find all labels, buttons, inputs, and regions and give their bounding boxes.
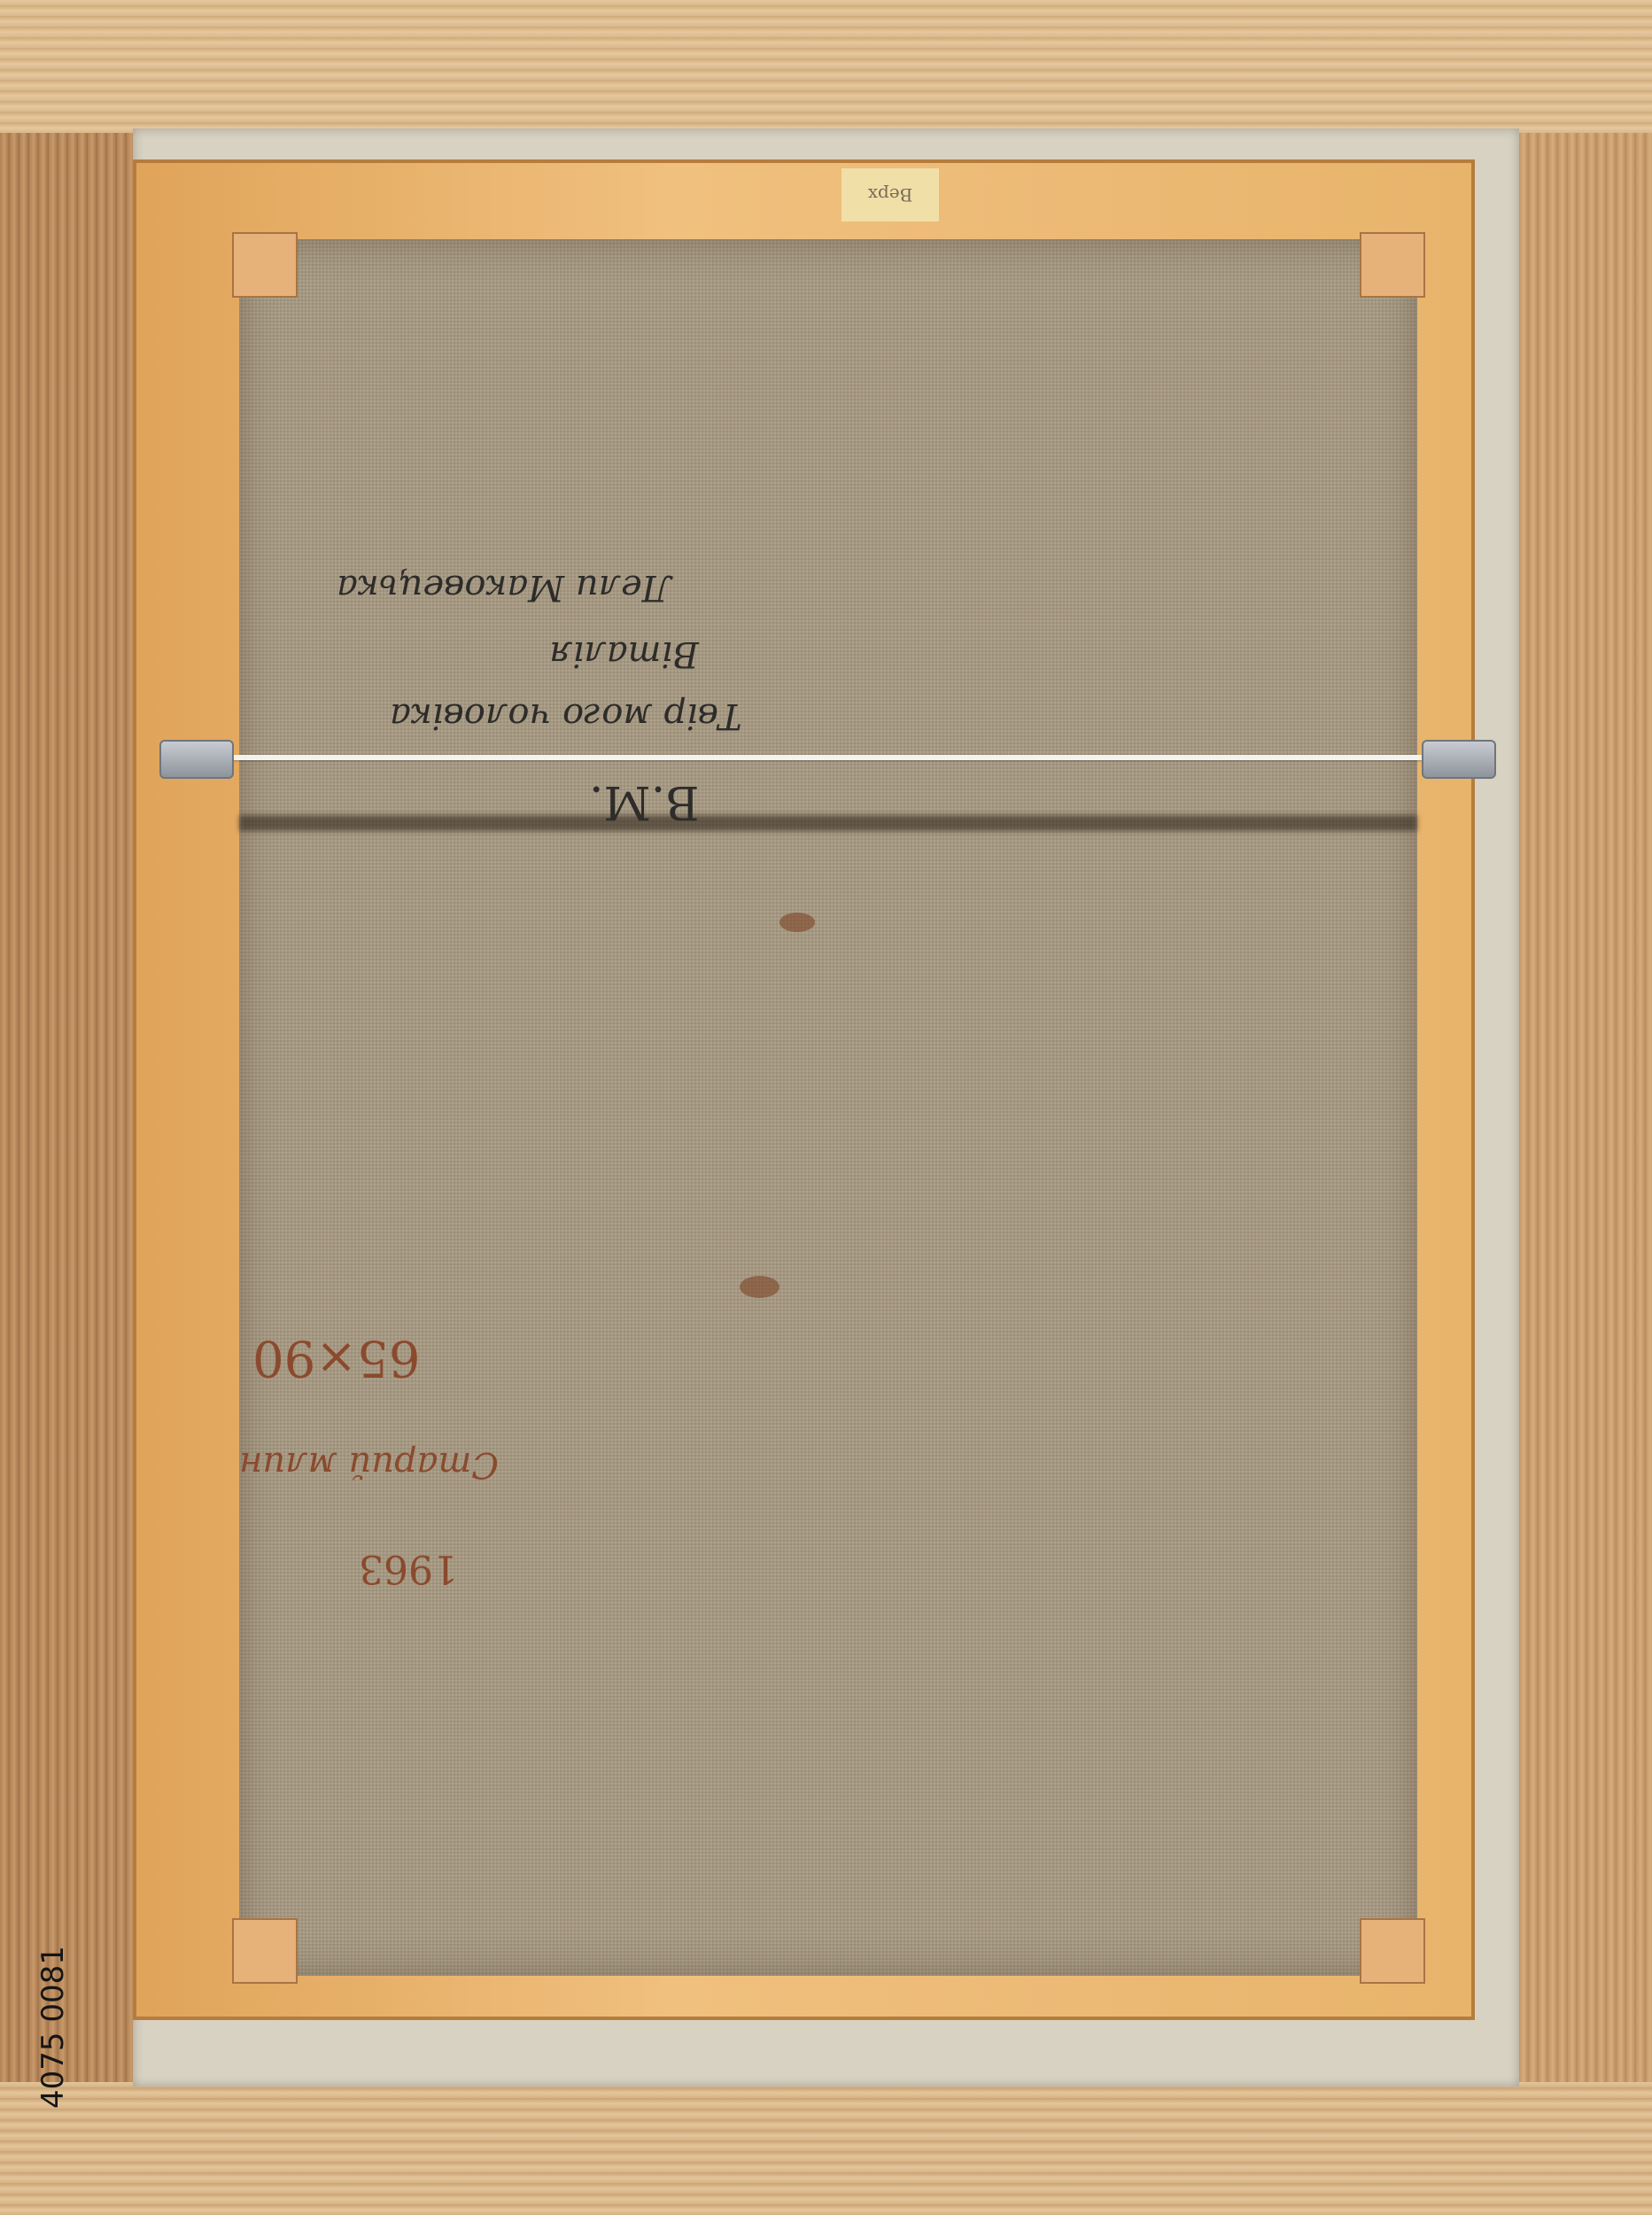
hanging-wire	[204, 755, 1462, 760]
inscription-initials: В.М.	[589, 775, 700, 828]
corner-key-bottom-right	[1360, 1918, 1425, 1984]
frame-inventory-number: 4075 0081	[35, 1946, 71, 2109]
corner-key-top-right	[1360, 232, 1425, 298]
stain	[779, 913, 815, 932]
inscription-line1: Твір мого чоловіка	[390, 696, 742, 736]
frame-right-rail	[1519, 0, 1652, 2215]
crossbar-shadow	[239, 815, 1417, 831]
inscription-size: 65×90	[252, 1329, 420, 1387]
stain	[740, 1276, 779, 1298]
corner-key-top-left	[232, 232, 298, 298]
canvas-back	[239, 239, 1417, 1976]
paper-label: Верх	[842, 168, 939, 221]
inscription-year: 1963	[359, 1546, 458, 1591]
frame-top-rail	[0, 0, 1652, 133]
frame-bottom-rail	[0, 2082, 1652, 2215]
corner-key-bottom-left	[232, 1918, 298, 1984]
inscription-title: Старий млин	[239, 1444, 499, 1485]
d-ring-hanger-left	[159, 740, 234, 779]
d-ring-hanger-right	[1422, 740, 1496, 779]
frame-left-rail	[0, 0, 133, 2215]
inscription-line2: Віталія	[549, 633, 699, 674]
inscription-line3: Лели Маковецька	[337, 567, 671, 608]
